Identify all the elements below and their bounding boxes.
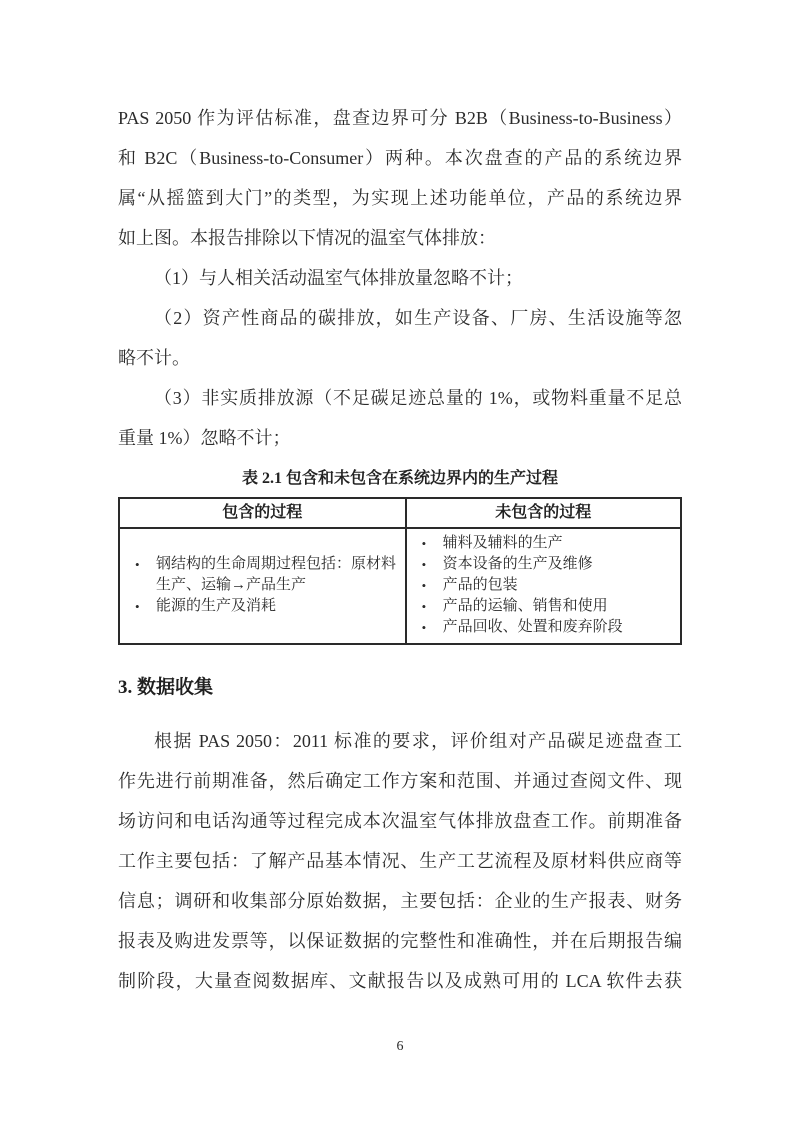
excluded-item-text: 产品回收、处置和废弃阶段 bbox=[443, 617, 623, 638]
paragraph-intro: PAS 2050 作为评估标准，盘查边界可分 B2B（Business-to-B… bbox=[118, 98, 682, 258]
table-caption: 表 2.1 包含和未包含在系统边界内的生产过程 bbox=[118, 466, 682, 492]
exclusion-item-3: （3）非实质排放源（不足碳足迹总量的 1%，或物料重量不足总 重量 1%）忽略不… bbox=[118, 378, 682, 458]
excluded-cell: • 辅料及辅料的生产 • 资本设备的生产及维修 • 产品的包装 • bbox=[406, 528, 681, 644]
included-item-text: 钢结构的生命周期过程包括：原材料生产、运输→产品生产 bbox=[156, 554, 404, 596]
bullet-icon: • bbox=[407, 596, 443, 617]
exclusion-line: 略不计。 bbox=[118, 338, 682, 378]
exclusion-item-2: （2）资产性商品的碳排放，如生产设备、厂房、生活设施等忽 略不计。 bbox=[118, 298, 682, 378]
bullet-icon: • bbox=[407, 533, 443, 554]
table-row: • 能源的生产及消耗 bbox=[120, 596, 405, 617]
paragraph-line: 根据 PAS 2050：2011 标准的要求，评价组对产品碳足迹盘查工 bbox=[118, 721, 682, 761]
paragraph-line: 报表及购进发票等，以保证数据的完整性和准确性，并在后期报告编 bbox=[118, 921, 682, 961]
document-page: PAS 2050 作为评估标准，盘查边界可分 B2B（Business-to-B… bbox=[0, 0, 800, 1131]
table-row: • 产品回收、处置和废弃阶段 bbox=[407, 617, 680, 638]
table-header-row: 包含的过程 未包含的过程 bbox=[119, 498, 681, 528]
page-number: 6 bbox=[118, 1037, 682, 1057]
exclusion-item-1: （1）与人相关活动温室气体排放量忽略不计； bbox=[118, 258, 682, 298]
paragraph-line: 制阶段，大量查阅数据库、文献报告以及成熟可用的 LCA 软件去获 bbox=[118, 961, 682, 1001]
table-row: • 钢结构的生命周期过程包括：原材料生产、运输→产品生产 bbox=[120, 554, 405, 596]
intro-line: 和 B2C（Business-to-Consumer）两种。本次盘查的产品的系统… bbox=[118, 138, 682, 178]
paragraph-data-collection: 根据 PAS 2050：2011 标准的要求，评价组对产品碳足迹盘查工 作先进行… bbox=[118, 721, 682, 1001]
excluded-item-text: 资本设备的生产及维修 bbox=[443, 554, 593, 575]
bullet-icon: • bbox=[407, 575, 443, 596]
exclusion-list: （1）与人相关活动温室气体排放量忽略不计； （2）资产性商品的碳排放，如生产设备… bbox=[118, 258, 682, 458]
excluded-item-text: 产品的运输、销售和使用 bbox=[443, 596, 608, 617]
exclusion-line: （3）非实质排放源（不足碳足迹总量的 1%，或物料重量不足总 bbox=[118, 378, 682, 418]
table-row: • 资本设备的生产及维修 bbox=[407, 554, 680, 575]
table-body-row: • 钢结构的生命周期过程包括：原材料生产、运输→产品生产 • 能源的生产及消耗 … bbox=[119, 528, 681, 644]
boundary-table: 包含的过程 未包含的过程 • 钢结构的生命周期过程包括：原材料生产、运输→产品生… bbox=[118, 497, 682, 645]
included-cell: • 钢结构的生命周期过程包括：原材料生产、运输→产品生产 • 能源的生产及消耗 bbox=[119, 528, 406, 644]
content-area: PAS 2050 作为评估标准，盘查边界可分 B2B（Business-to-B… bbox=[0, 0, 800, 1057]
intro-line: 如上图。本报告排除以下情况的温室气体排放： bbox=[118, 218, 682, 258]
excluded-item-text: 辅料及辅料的生产 bbox=[443, 533, 563, 554]
paragraph-line: 工作主要包括：了解产品基本情况、生产工艺流程及原材料供应商等 bbox=[118, 841, 682, 881]
exclusion-line: （1）与人相关活动温室气体排放量忽略不计； bbox=[118, 258, 682, 298]
bullet-icon: • bbox=[407, 617, 443, 638]
table-row: • 产品的包装 bbox=[407, 575, 680, 596]
intro-line: PAS 2050 作为评估标准，盘查边界可分 B2B（Business-to-B… bbox=[118, 98, 682, 138]
intro-line: 属“从摇篮到大门”的类型，为实现上述功能单位，产品的系统边界 bbox=[118, 178, 682, 218]
bullet-icon: • bbox=[120, 596, 156, 617]
bullet-icon: • bbox=[407, 554, 443, 575]
exclusion-line: （2）资产性商品的碳排放，如生产设备、厂房、生活设施等忽 bbox=[118, 298, 682, 338]
table-row: • 产品的运输、销售和使用 bbox=[407, 596, 680, 617]
exclusion-line: 重量 1%）忽略不计； bbox=[118, 418, 682, 458]
paragraph-line: 信息；调研和收集部分原始数据，主要包括：企业的生产报表、财务 bbox=[118, 881, 682, 921]
section-heading: 3. 数据收集 bbox=[118, 673, 682, 703]
excluded-column-header: 未包含的过程 bbox=[406, 498, 681, 528]
excluded-item-text: 产品的包装 bbox=[443, 575, 518, 596]
paragraph-line: 作先进行前期准备，然后确定工作方案和范围、并通过查阅文件、现 bbox=[118, 761, 682, 801]
included-item-text: 能源的生产及消耗 bbox=[156, 596, 276, 617]
paragraph-line: 场访问和电话沟通等过程完成本次温室气体排放盘查工作。前期准备 bbox=[118, 801, 682, 841]
table-row: • 辅料及辅料的生产 bbox=[407, 533, 680, 554]
included-column-header: 包含的过程 bbox=[119, 498, 406, 528]
bullet-icon: • bbox=[120, 554, 156, 575]
